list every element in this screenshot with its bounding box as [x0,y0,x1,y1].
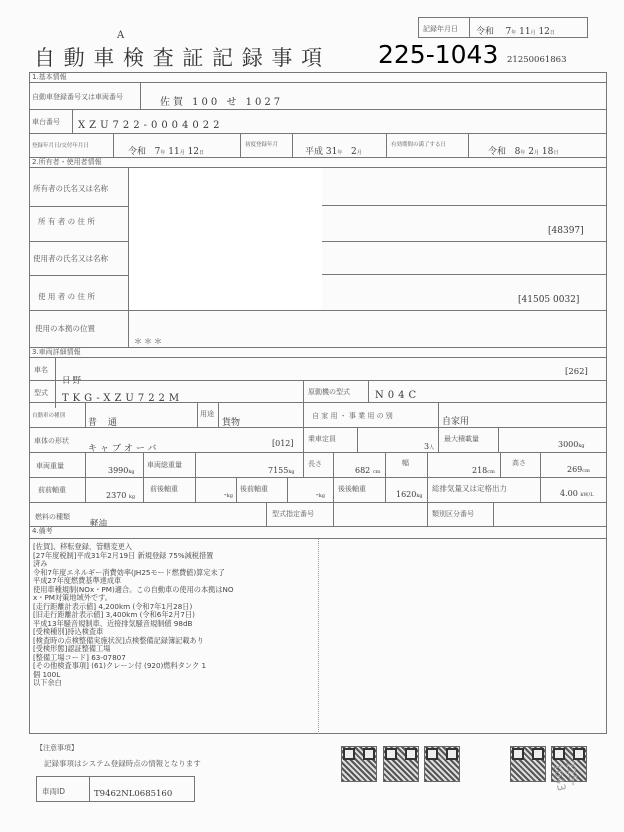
engine-model: N04C [375,390,420,401]
private-use: 自家用 [442,414,469,427]
section3-title: 3.車両詳細情報 [29,347,606,358]
make-label: 車名 [34,365,48,375]
body-label: 車体の形状 [34,436,69,446]
user-code: [41505 0032] [518,295,579,305]
base-location: ＊＊＊ [134,336,164,347]
user-name-label: 使用者の氏名又は名称 [33,253,108,264]
qr-code-1 [341,746,377,782]
qr-code-4 [510,746,546,782]
max-load-value: 3000 [558,440,578,449]
unit: kg [128,469,134,475]
remarks-line: [その他検査事項] (61)クレーン付 (920)燃料タンク 1 [33,662,317,671]
qr-code-2 [383,746,419,782]
fr-axle-label: 前後軸重 [150,484,178,494]
reg-number: 佐賀 100 せ 1027 [160,93,283,108]
era: 令和 [476,27,494,37]
chassis-number: XZU722-0004022 [78,120,224,131]
expiry-label: 有効期間の満了する日 [391,140,446,148]
rf-axle-label: 後前軸重 [240,484,268,494]
owner-name-label: 所有者の氏名又は名称 [33,183,108,194]
body-code: [012] [272,439,294,448]
notes-text: 記録事項はシステム登録時点の情報となります [44,758,201,769]
owner-address-label: 所 有 者 の 住 所 [38,216,95,227]
vehicle-type-label: 自動車の種別 [32,411,65,419]
model-label: 型式 [34,388,48,398]
length-value: 682 [355,466,370,475]
make-code: [262] [565,367,588,377]
gross-weight-value: 7155 [268,466,288,475]
rr-axle-value: 1620 [396,490,416,499]
redacted-area [129,168,322,310]
overlay-number: 225-1043 [378,40,498,69]
rr-axle-label: 後後軸重 [338,484,366,494]
displacement-label: 総排気量又は定格出力 [432,483,507,494]
length: 682 cm [355,466,380,475]
fuel-label: 燃料の種類 [35,512,70,522]
length-label: 長さ [308,459,322,469]
remarks-line: [27年度税制]平成31年2月19日 新規登録 75%減税措置 [33,552,317,561]
record-date-label: 記録年月日 [423,24,458,34]
gross-weight-label: 車両総重量 [147,460,182,470]
ff-axle-label: 前前軸重 [38,485,66,495]
max-load: 3000kg [558,440,585,449]
section4-title: 4.備考 [29,526,606,539]
unit: kW/L [580,492,593,498]
unit: kg [319,493,325,499]
vehicle-id: T9462NL0685160 [94,789,172,799]
issue-date: 令和 7年 11月 12日 [128,144,204,157]
day: 12 [188,147,199,157]
engine-label: 原動機の型式 [308,387,350,397]
unit: kg [129,494,135,500]
reg-number-label: 自動車登録番号又は車両番号 [32,92,123,102]
displacement: 4.00 kW/L [560,489,594,498]
fr-axle: -kg [224,490,233,499]
qr-code-3 [424,746,460,782]
private-label: 自 家 用 ・ 事 業 用 の 別 [312,411,393,421]
capacity: 3人 [424,442,434,451]
rf-axle: -kg [316,490,325,499]
weight-label: 車両重量 [36,461,64,471]
unit: kg [578,443,584,449]
capacity-label: 乗車定員 [308,434,336,444]
width: 218cm [472,466,495,475]
month: 11 [519,27,530,37]
type-designation-label: 型式指定番号 [272,509,314,519]
unit: cm [582,468,590,474]
page-title: 自 動 車 検 査 証 記 録 事 項 [34,42,323,72]
height: 269cm [567,465,590,474]
month: 11 [168,147,179,157]
era: 令和 [488,147,506,157]
user-address-label: 使 用 者 の 住 所 [38,291,95,302]
chassis-label: 車台番号 [32,117,60,127]
issue-date-label: 登録年月日/交付年月日 [32,141,89,149]
section2-title: 2.所有者・使用者情報 [29,157,606,168]
expiry-date: 令和 8年 2月 18日 [488,144,558,157]
max-load-label: 最大積載量 [444,434,479,444]
owner-code: [48397] [548,226,584,236]
rr-axle: 1620kg [396,490,423,499]
weight: 3990kg [108,466,135,475]
year: 31 [326,147,337,157]
ff-axle: 2370 kg [106,491,135,500]
notes-title: 【注意事項】 [36,743,78,753]
width-label: 幅 [402,458,409,468]
ff-axle-value: 2370 [106,491,126,500]
unit: kg [288,469,294,475]
era: 平成 [305,147,323,157]
header-letter: A [117,30,124,41]
width-value: 218 [472,466,487,475]
remarks-line: 個 100L [33,671,317,680]
gross-weight: 7155kg [268,466,295,475]
first-reg-label: 初度登録年月 [245,140,278,148]
remarks-text: [佐賀]、移転登録、管轄変更入[27年度税制]平成31年2月19日 新規登録 7… [33,543,317,688]
doc-number: 21250061863 [507,55,567,65]
record-date-value: 令和 7年 11月 12日 [476,24,555,37]
section1-title: 1.基本情報 [29,72,606,83]
base-location-label: 使用の本拠の位置 [35,323,95,334]
remarks-line: 以下余白 [33,679,317,688]
unit: kg [227,493,233,499]
unit: cm [487,469,495,475]
height-value: 269 [567,465,582,474]
vehicle-id-label: 車両ID [42,786,65,797]
first-reg-date: 平成 31年 2月 [305,144,362,157]
unit: kg [416,493,422,499]
era: 令和 [128,147,146,157]
day: 18 [542,147,553,157]
usage-label: 用途 [200,409,214,419]
displacement-value: 4.00 [560,489,578,498]
remarks-divider [318,539,319,734]
height-label: 高さ [512,458,526,468]
day: 12 [538,27,549,37]
category-label: 類別区分番号 [432,509,474,519]
capacity-unit: 人 [429,445,434,451]
unit: cm [373,469,381,475]
weight-value: 3990 [108,466,128,475]
